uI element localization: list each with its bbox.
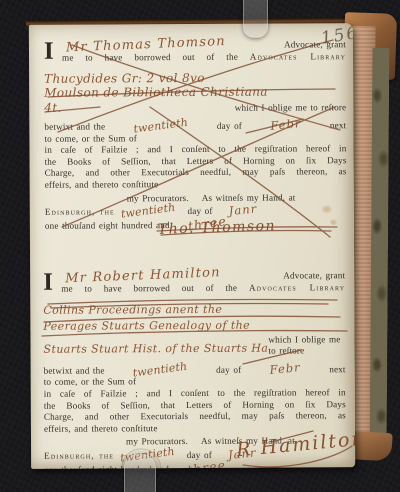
failzie-line: Charge, and other Executorials needful, …	[45, 167, 347, 180]
oblige-restore-text: which I oblige me to reſtore	[268, 334, 345, 358]
grant-text: Advocate, grant	[284, 39, 346, 51]
signing-month-handwritten: Janr	[228, 204, 257, 218]
name-grant-line: Mr Robert Hamilton Advocate, grant	[43, 267, 345, 284]
photograph-of-borrowing-register: 156. I Mr Thomas Thomson Advocate, grant…	[0, 0, 400, 492]
marbled-board-edge	[370, 48, 390, 444]
book-entry-struck: Moulson de Bibliotheca Christiana	[44, 84, 346, 100]
book-entries: Thucydides Gr: 2 vol 8vo Moulson de Bibl…	[44, 70, 346, 115]
oblige-restore-text: which I oblige me to reſtore	[235, 102, 347, 114]
edinburgh-smallcaps: Edinburgh, the	[45, 207, 115, 219]
name-grant-line: Mr Thomas Thomson Advocate, grant	[44, 36, 346, 53]
entry-and-oblige-row: 4t. which I oblige me to reſtore	[44, 99, 346, 115]
book-entries: Collins Proceedings anent the Peerages S…	[43, 301, 345, 359]
register-page: 156. I Mr Thomas Thomson Advocate, grant…	[29, 23, 355, 469]
drop-capital: I	[43, 271, 53, 294]
book-entry: Thucydides Gr: 2 vol 8vo	[44, 70, 346, 86]
advocates-library-smallcaps: Advocates Library	[250, 51, 346, 62]
book-entry-struck: Collins Proceedings anent the	[43, 301, 345, 319]
advocates-library-smallcaps: Advocates Library	[249, 282, 345, 293]
book-entry-struck: Stuarts Stuart Hist. of the Stuarts Ha	[44, 341, 269, 359]
failzie-line: in caſe of Failzie ; and I conſent to th…	[44, 387, 346, 400]
failzie-line: effeirs, and thereto conſtitute	[45, 178, 347, 191]
book-entry-struck: Peerages Stuarts Genealogy of the	[43, 317, 345, 335]
edinburgh-smallcaps: Edinburgh, the	[44, 450, 114, 462]
film-clamp-bottom	[124, 454, 156, 492]
signature-thomson-struck: Tho. Thomson	[158, 218, 277, 238]
book-entry-struck: 4t.	[44, 100, 62, 115]
return-month-handwritten: Febr	[269, 362, 301, 376]
procurators-line: my Procurators. As witneſs my Hand, at	[45, 192, 347, 205]
borrowing-form-thomson: I Mr Thomas Thomson Advocate, grant me t…	[44, 36, 347, 232]
return-month-handwritten: Febr	[270, 118, 302, 132]
entry-and-oblige-row: Stuarts Stuart Hist. of the Stuarts Ha w…	[43, 334, 345, 359]
film-clamp-top	[243, 0, 268, 38]
grant-text: Advocate, grant	[283, 270, 345, 282]
failzie-line: Charge, and other Executorials needful, …	[44, 410, 346, 423]
drop-capital: I	[44, 40, 54, 63]
